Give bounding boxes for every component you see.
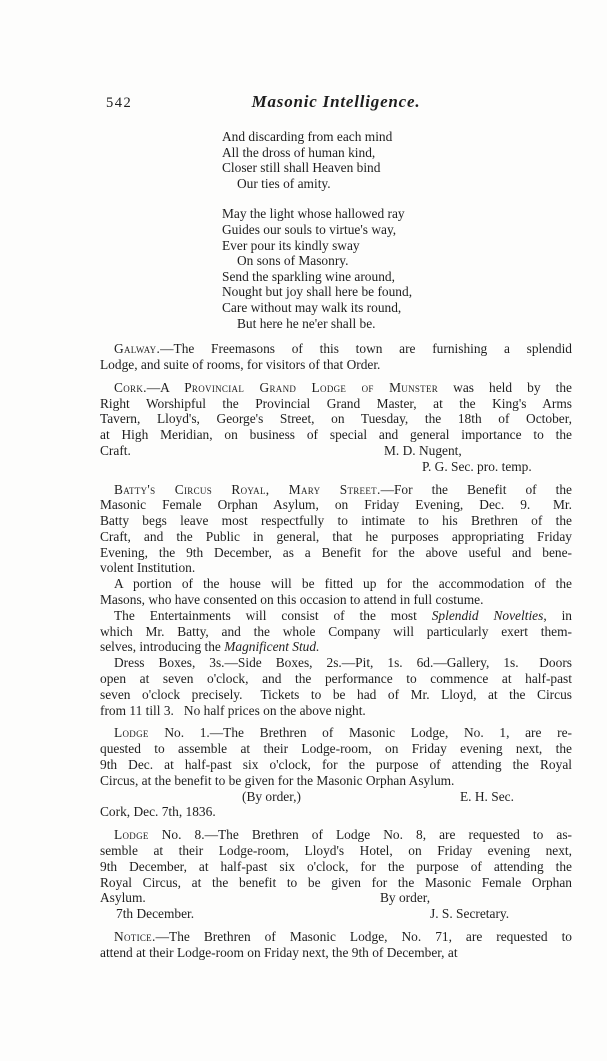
text-line: Craft, and the Public in general, that h… [100, 529, 572, 545]
poem-line: All the dross of human kind, [222, 145, 572, 161]
text-line: Lodge No. 8.—The Brethren of Lodge No. 8… [100, 827, 572, 843]
text-run: Royal Circus, at the benefit to be given… [100, 875, 572, 890]
text-line: Cork.—A Provincial Grand Lodge of Munste… [100, 380, 572, 396]
text-run: Evening, the 9th December, as a Benefit … [100, 545, 572, 560]
text-line: quested to assemble at their Lodge-room,… [100, 741, 572, 757]
text-run: No. 1.—The Brethren of Masonic Lodge, No… [149, 725, 572, 740]
text-run: Tavern, Lloyd's, George's Street, on Tue… [100, 411, 572, 426]
text-run: Right Worshipful the Provincial Grand Ma… [100, 396, 572, 411]
text-line: Masons, who have consented on this occas… [100, 592, 572, 608]
text-line: which Mr. Batty, and the whole Company w… [100, 624, 572, 640]
text-line: 7th December.J. S. Secretary. [100, 906, 572, 922]
poem-line: Send the sparkling wine around, [222, 269, 572, 285]
text-line: from 11 till 3. No half prices on the ab… [100, 703, 572, 719]
text-run: Lodge [114, 725, 149, 740]
text-col: M. D. Nugent, [384, 443, 462, 459]
text-line: volent Institution. [100, 560, 572, 576]
page-title: Masonic Intelligence. [100, 94, 572, 110]
page-header: 542 Masonic Intelligence. [100, 94, 572, 110]
text-line: Lodge, and suite of rooms, for visitors … [100, 357, 572, 373]
text-run: The Entertainments will consist of the m… [114, 608, 432, 623]
text-run: Galway. [114, 341, 160, 356]
text-run: Provincial Grand Lodge of Munster [184, 380, 438, 395]
text-line: Evening, the 9th December, as a Benefit … [100, 545, 572, 561]
poem-line: But here he ne'er shall be. [222, 316, 572, 332]
text-line: Lodge No. 1.—The Brethren of Masonic Lod… [100, 725, 572, 741]
text-run: from 11 till 3. No half prices on the ab… [100, 703, 366, 718]
text-run: 9th Dec. at half-past six o'clock, for t… [100, 757, 572, 772]
text-line: A portion of the house will be fitted up… [100, 576, 572, 592]
text-line: semble at their Lodge-room, Lloyd's Hote… [100, 843, 572, 859]
text-run: Lodge [114, 827, 149, 842]
text-line: Tavern, Lloyd's, George's Street, on Tue… [100, 411, 572, 427]
poem: And discarding from each mindAll the dro… [222, 129, 572, 331]
text-col: E. H. Sec. [460, 789, 514, 805]
text-run: Magnificent Stud. [224, 639, 319, 654]
text-run: volent Institution. [100, 560, 195, 575]
paragraph-prices: Dress Boxes, 3s.—Side Boxes, 2s.—Pit, 1s… [100, 655, 572, 718]
text-run: selves, introducing the [100, 639, 224, 654]
text-run: —The Freemasons of this town are furnish… [160, 341, 572, 356]
text-col: (By order,) [242, 789, 301, 805]
text-run: seven o'clock precisely. Tickets to be h… [100, 687, 572, 702]
text-col: 7th December. [116, 906, 194, 922]
text-col: Asylum. [100, 890, 146, 906]
text-line: (By order,)E. H. Sec. [100, 789, 572, 805]
text-line: open at seven o'clock, and the performan… [100, 671, 572, 687]
text-line: 9th Dec. at half-past six o'clock, for t… [100, 757, 572, 773]
text-run: Craft, and the Public in general, that h… [100, 529, 572, 544]
text-run: 9th December, at half-past six o'clock, … [100, 859, 572, 874]
poem-line: Care without may walk its round, [222, 300, 572, 316]
text-run: Cork. [114, 380, 147, 395]
text-run: —A [147, 380, 184, 395]
text-line: at High Meridian, on business of special… [100, 427, 572, 443]
text-line: Asylum.By order, [100, 890, 572, 906]
text-col: P. G. Sec. pro. temp. [422, 459, 532, 475]
text-line: Right Worshipful the Provincial Grand Ma… [100, 396, 572, 412]
text-col: Craft. [100, 443, 131, 459]
text-run: Dress Boxes, 3s.—Side Boxes, 2s.—Pit, 1s… [114, 655, 572, 670]
text-run: Circus, at the benefit to be given for t… [100, 773, 454, 788]
text-run: at High Meridian, on business of special… [100, 427, 572, 442]
poem-line: Closer still shall Heaven bind [222, 160, 572, 176]
text-line: Batty's Circus Royal, Mary Street.—For t… [100, 482, 572, 498]
paragraph-lodge-no-8: Lodge No. 8.—The Brethren of Lodge No. 8… [100, 827, 572, 922]
text-run: Lodge, and suite of rooms, for visitors … [100, 357, 380, 372]
text-run: quested to assemble at their Lodge-room,… [100, 741, 572, 756]
poem-line: Our ties of amity. [222, 176, 572, 192]
text-line: Circus, at the benefit to be given for t… [100, 773, 572, 789]
text-run: which Mr. Batty, and the whole Company w… [100, 624, 572, 639]
text-run: Batty begs leave most respectfully to in… [100, 513, 572, 528]
text-run: attend at their Lodge-room on Friday nex… [100, 945, 458, 960]
paragraph-entertainments: The Entertainments will consist of the m… [100, 608, 572, 655]
poem-line: Nought but joy shall here be found, [222, 284, 572, 300]
text-run: Splendid Novelties [432, 608, 544, 623]
text-line: Notice.—The Brethren of Masonic Lodge, N… [100, 929, 572, 945]
text-col: By order, [380, 890, 430, 906]
text-line: Dress Boxes, 3s.—Side Boxes, 2s.—Pit, 1s… [100, 655, 572, 671]
document-page: 542 Masonic Intelligence. And discarding… [0, 0, 607, 1061]
text-line: 9th December, at half-past six o'clock, … [100, 859, 572, 875]
poem-stanza: And discarding from each mindAll the dro… [222, 129, 572, 191]
text-line: The Entertainments will consist of the m… [100, 608, 572, 624]
paragraph-cork: Cork.—A Provincial Grand Lodge of Munste… [100, 380, 572, 475]
paragraph-portion-of-house: A portion of the house will be fitted up… [100, 576, 572, 608]
text-col: Cork, Dec. 7th, 1836. [100, 804, 216, 820]
text-line: Craft.M. D. Nugent, [100, 443, 572, 459]
paragraph-galway: Galway.—The Freemasons of this town are … [100, 341, 572, 373]
paragraph-notice: Notice.—The Brethren of Masonic Lodge, N… [100, 929, 572, 961]
text-run: No. 8.—The Brethren of Lodge No. 8, are … [149, 827, 572, 842]
text-run: Batty's Circus Royal, Mary Street. [114, 482, 381, 497]
text-line: selves, introducing the Magnificent Stud… [100, 639, 572, 655]
page-body: Galway.—The Freemasons of this town are … [100, 341, 572, 960]
paragraph-lodge-no-1: Lodge No. 1.—The Brethren of Masonic Lod… [100, 725, 572, 820]
poem-line: On sons of Masonry. [222, 253, 572, 269]
text-run: Masonic Female Orphan Asylum, on Friday … [100, 497, 572, 512]
text-line: P. G. Sec. pro. temp. [100, 459, 572, 475]
text-run: A portion of the house will be fitted up… [114, 576, 572, 591]
text-line: Galway.—The Freemasons of this town are … [100, 341, 572, 357]
text-run: —For the Benefit of the [381, 482, 572, 497]
text-run: open at seven o'clock, and the performan… [100, 671, 572, 686]
text-run: —The Brethren of Masonic Lodge, No. 71, … [156, 929, 572, 944]
poem-stanza: May the light whose hallowed rayGuides o… [222, 206, 572, 331]
text-run: Notice. [114, 929, 156, 944]
paragraph-battys-circus: Batty's Circus Royal, Mary Street.—For t… [100, 482, 572, 577]
text-line: attend at their Lodge-room on Friday nex… [100, 945, 572, 961]
text-run: was held by the [438, 380, 572, 395]
text-line: Masonic Female Orphan Asylum, on Friday … [100, 497, 572, 513]
poem-line: And discarding from each mind [222, 129, 572, 145]
text-line: Batty begs leave most respectfully to in… [100, 513, 572, 529]
text-run: , in [543, 608, 572, 623]
text-run: semble at their Lodge-room, Lloyd's Hote… [100, 843, 572, 858]
poem-line: May the light whose hallowed ray [222, 206, 572, 222]
page-number: 542 [106, 96, 132, 112]
poem-line: Ever pour its kindly sway [222, 238, 572, 254]
text-run: Masons, who have consented on this occas… [100, 592, 483, 607]
text-line: Royal Circus, at the benefit to be given… [100, 875, 572, 891]
text-line: Cork, Dec. 7th, 1836. [100, 804, 572, 820]
page-content: And discarding from each mindAll the dro… [100, 129, 572, 961]
text-line: seven o'clock precisely. Tickets to be h… [100, 687, 572, 703]
text-col: J. S. Secretary. [430, 906, 509, 922]
poem-line: Guides our souls to virtue's way, [222, 222, 572, 238]
